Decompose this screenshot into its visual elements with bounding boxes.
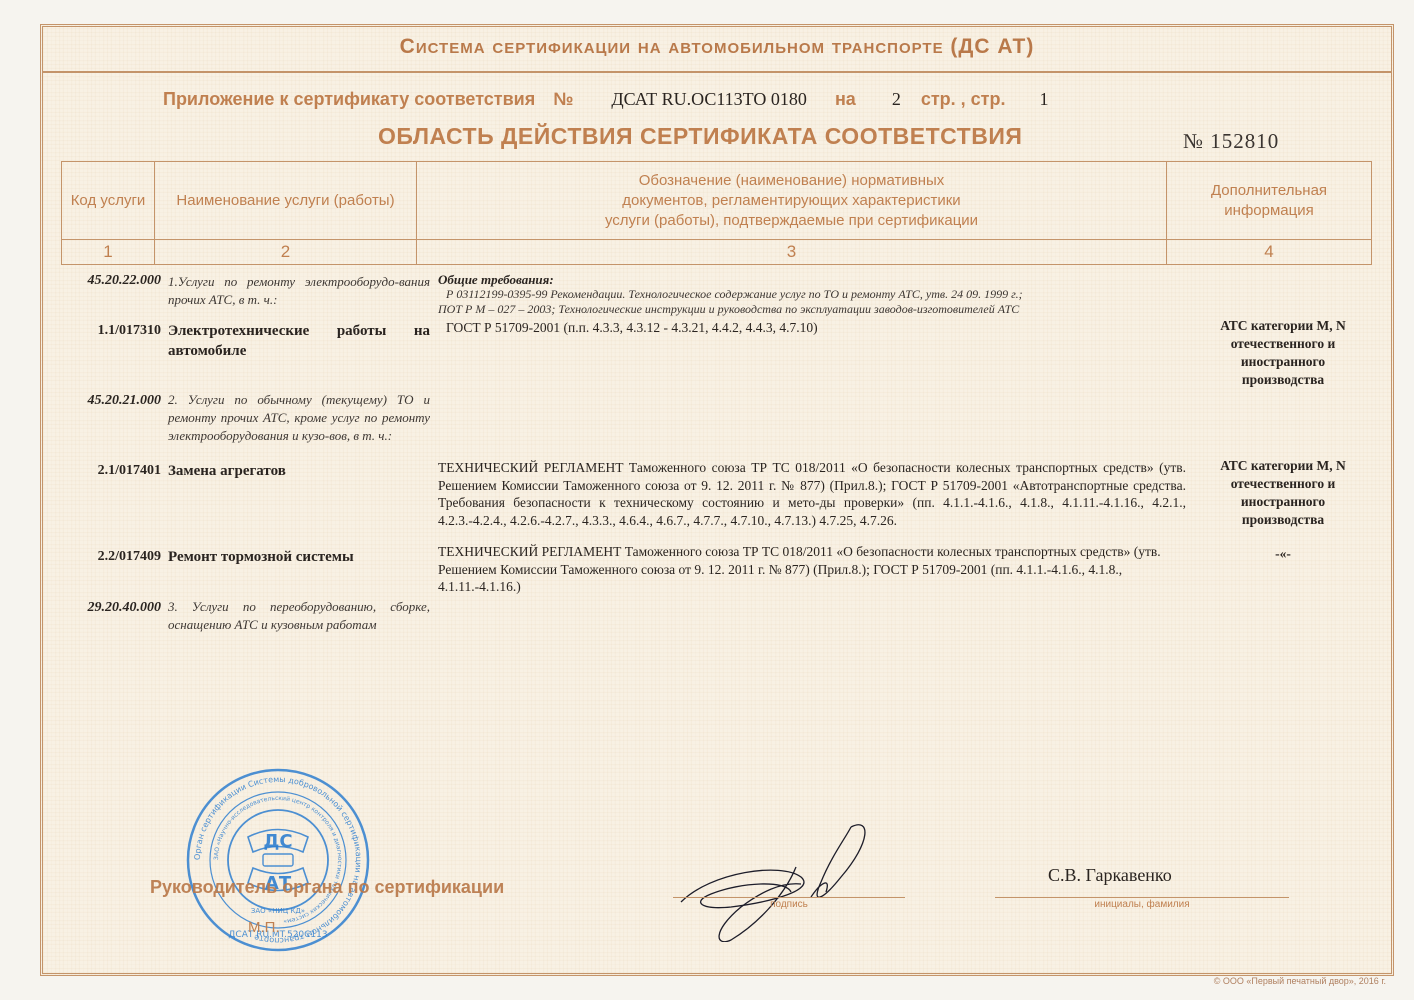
- signer-name: С.В. Гаркавенко: [1048, 865, 1172, 886]
- table-header: Код услуги Наименование услуги (работы) …: [61, 161, 1372, 265]
- main-title: ОБЛАСТЬ ДЕЙСТВИЯ СЕРТИФИКАТА СООТВЕТСТВИ…: [378, 123, 1022, 150]
- row-docs: ПОТ Р М – 027 – 2003; Технологические ин…: [438, 302, 1186, 317]
- row-info: АТС категории M, N отечественного и инос…: [1203, 317, 1363, 389]
- col-number-4: 4: [1167, 240, 1372, 265]
- col-header-docs: Обозначение (наименование) нормативных д…: [417, 162, 1167, 240]
- row-docs: Р 03112199-0395-99 Рекомендации. Техноло…: [438, 287, 1186, 302]
- col-header-info: Дополнительная информация: [1167, 162, 1372, 240]
- name-caption: инициалы, фамилия: [995, 899, 1289, 910]
- name-line: [995, 897, 1289, 898]
- serial-number: № 152810: [1183, 129, 1279, 154]
- svg-text:ЗАО «Научно-исследовательский: ЗАО «Научно-исследовательский центр конт…: [213, 795, 343, 925]
- row-code: 2.2/017409: [53, 549, 161, 565]
- certificate-sheet: Система сертификации на автомобильном тр…: [40, 24, 1394, 976]
- pages-label: стр. , стр.: [921, 89, 1006, 110]
- col-number-3: 3: [417, 240, 1167, 265]
- row-name: Электротехнические работы на автомобиле: [168, 321, 430, 361]
- signature-line: [673, 897, 905, 898]
- certificate-ref: ДСАТ RU.ОС113ТО 0180: [611, 89, 807, 110]
- signer-title: Руководитель органа по сертификации: [150, 877, 504, 898]
- appendix-line: Приложение к сертификату соответствия № …: [163, 89, 1191, 117]
- row-name: 1.Услуги по ремонту электрооборудо-вания…: [168, 273, 430, 309]
- signature-caption: подпись: [673, 899, 905, 910]
- row-code: 1.1/017310: [53, 323, 161, 339]
- col-header-code: Код услуги: [62, 162, 155, 240]
- row-name: Ремонт тормозной системы: [168, 547, 430, 567]
- number-sign: №: [553, 89, 573, 110]
- signature-icon: [671, 822, 911, 942]
- col-number-2: 2: [155, 240, 417, 265]
- row-docs: ТЕХНИЧЕСКИЙ РЕГЛАМЕНТ Таможенного союза …: [438, 543, 1186, 596]
- docs-heading: Общие требования:: [438, 271, 1186, 289]
- svg-text:ДС: ДС: [263, 831, 292, 852]
- row-name: Замена агрегатов: [168, 461, 430, 481]
- row-info: АТС категории M, N отечественного и инос…: [1203, 457, 1363, 529]
- title-divider: [43, 71, 1391, 73]
- col-number-1: 1: [62, 240, 155, 265]
- system-title: Система сертификации на автомобильном тр…: [43, 35, 1391, 69]
- row-code: 2.1/017401: [53, 463, 161, 479]
- row-docs: ТЕХНИЧЕСКИЙ РЕГЛАМЕНТ Таможенного союза …: [438, 459, 1186, 529]
- row-code: 45.20.22.000: [53, 273, 161, 289]
- row-code: 45.20.21.000: [53, 393, 161, 409]
- copyright: © ООО «Первый печатный двор», 2016 г.: [1214, 976, 1386, 986]
- pages-total: 2: [892, 89, 901, 110]
- seal-label: М.П.: [248, 919, 280, 936]
- col-header-name: Наименование услуги (работы): [155, 162, 417, 240]
- on-label: на: [835, 89, 856, 110]
- row-info: -«-: [1203, 545, 1363, 563]
- appendix-label: Приложение к сертификату соответствия: [163, 89, 535, 110]
- svg-text:ЗАО «НИЦ КД»: ЗАО «НИЦ КД»: [251, 907, 305, 915]
- row-code: 29.20.40.000: [53, 600, 161, 616]
- row-name: 2. Услуги по обычному (текущему) ТО и ре…: [168, 391, 430, 445]
- row-name: 3. Услуги по переоборудованию, сборке, о…: [168, 598, 430, 634]
- row-docs: ГОСТ Р 51709-2001 (п.п. 4.3.3, 4.3.12 - …: [438, 319, 1186, 337]
- page-current: 1: [1039, 89, 1048, 110]
